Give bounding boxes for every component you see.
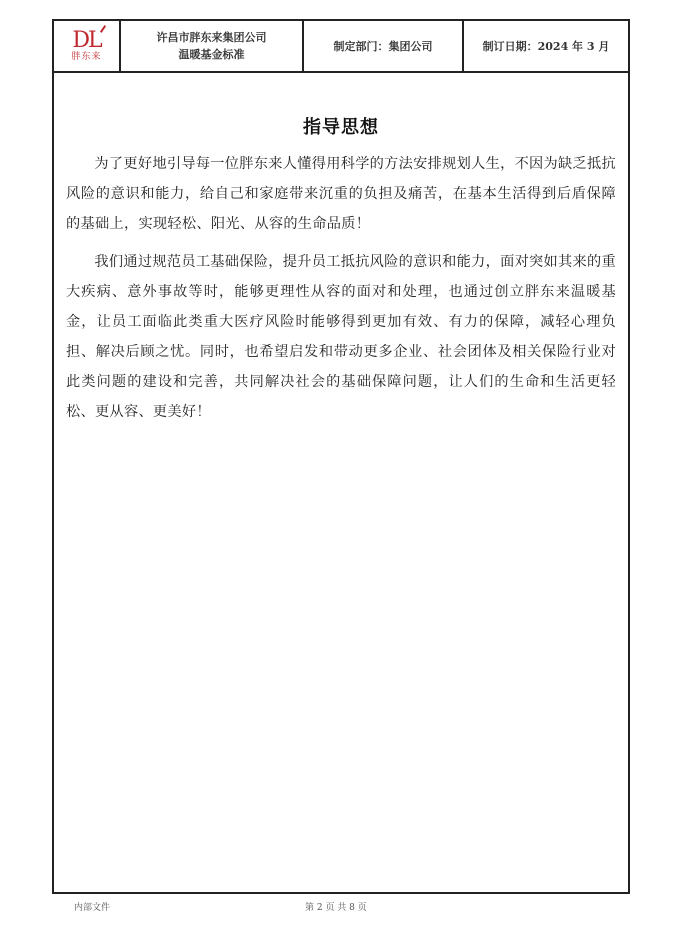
company-logo-icon: DL xyxy=(72,30,100,52)
header-title-cell: 许昌市胖东来集团公司 温暖基金标准 xyxy=(121,21,304,71)
paragraph-2: 我们通过规范员工基础保险，提升员工抵抗风险的意识和能力，面对突如其来的重大疾病、… xyxy=(66,247,616,427)
paragraph-1: 为了更好地引导每一位胖东来人懂得用科学的方法安排规划人生，不因为缺乏抵抗风险的意… xyxy=(66,149,616,239)
date-text: 制订日期：2024 年 3 月 xyxy=(483,38,610,54)
document-title: 温暖基金标准 xyxy=(179,46,245,63)
date-cell: 制订日期：2024 年 3 月 xyxy=(464,21,628,71)
page-number: 第 2 页 共 8 页 xyxy=(305,900,367,913)
document-body: 指导思想 为了更好地引导每一位胖东来人懂得用科学的方法安排规划人生，不因为缺乏抵… xyxy=(54,73,628,435)
department-text: 制定部门：集团公司 xyxy=(334,38,433,54)
logo-mark: DL xyxy=(72,28,100,53)
logo-subtitle: 胖东来 xyxy=(71,52,101,63)
department-cell: 制定部门：集团公司 xyxy=(304,21,464,71)
section-heading: 指导思想 xyxy=(66,113,616,139)
document-frame: DL 胖东来 许昌市胖东来集团公司 温暖基金标准 制定部门：集团公司 制订日期：… xyxy=(52,19,630,894)
logo-cell: DL 胖东来 xyxy=(54,21,121,71)
footer-classification: 内部文件 xyxy=(74,900,110,913)
document-header: DL 胖东来 许昌市胖东来集团公司 温暖基金标准 制定部门：集团公司 制订日期：… xyxy=(54,21,628,73)
company-name: 许昌市胖东来集团公司 xyxy=(157,29,267,46)
